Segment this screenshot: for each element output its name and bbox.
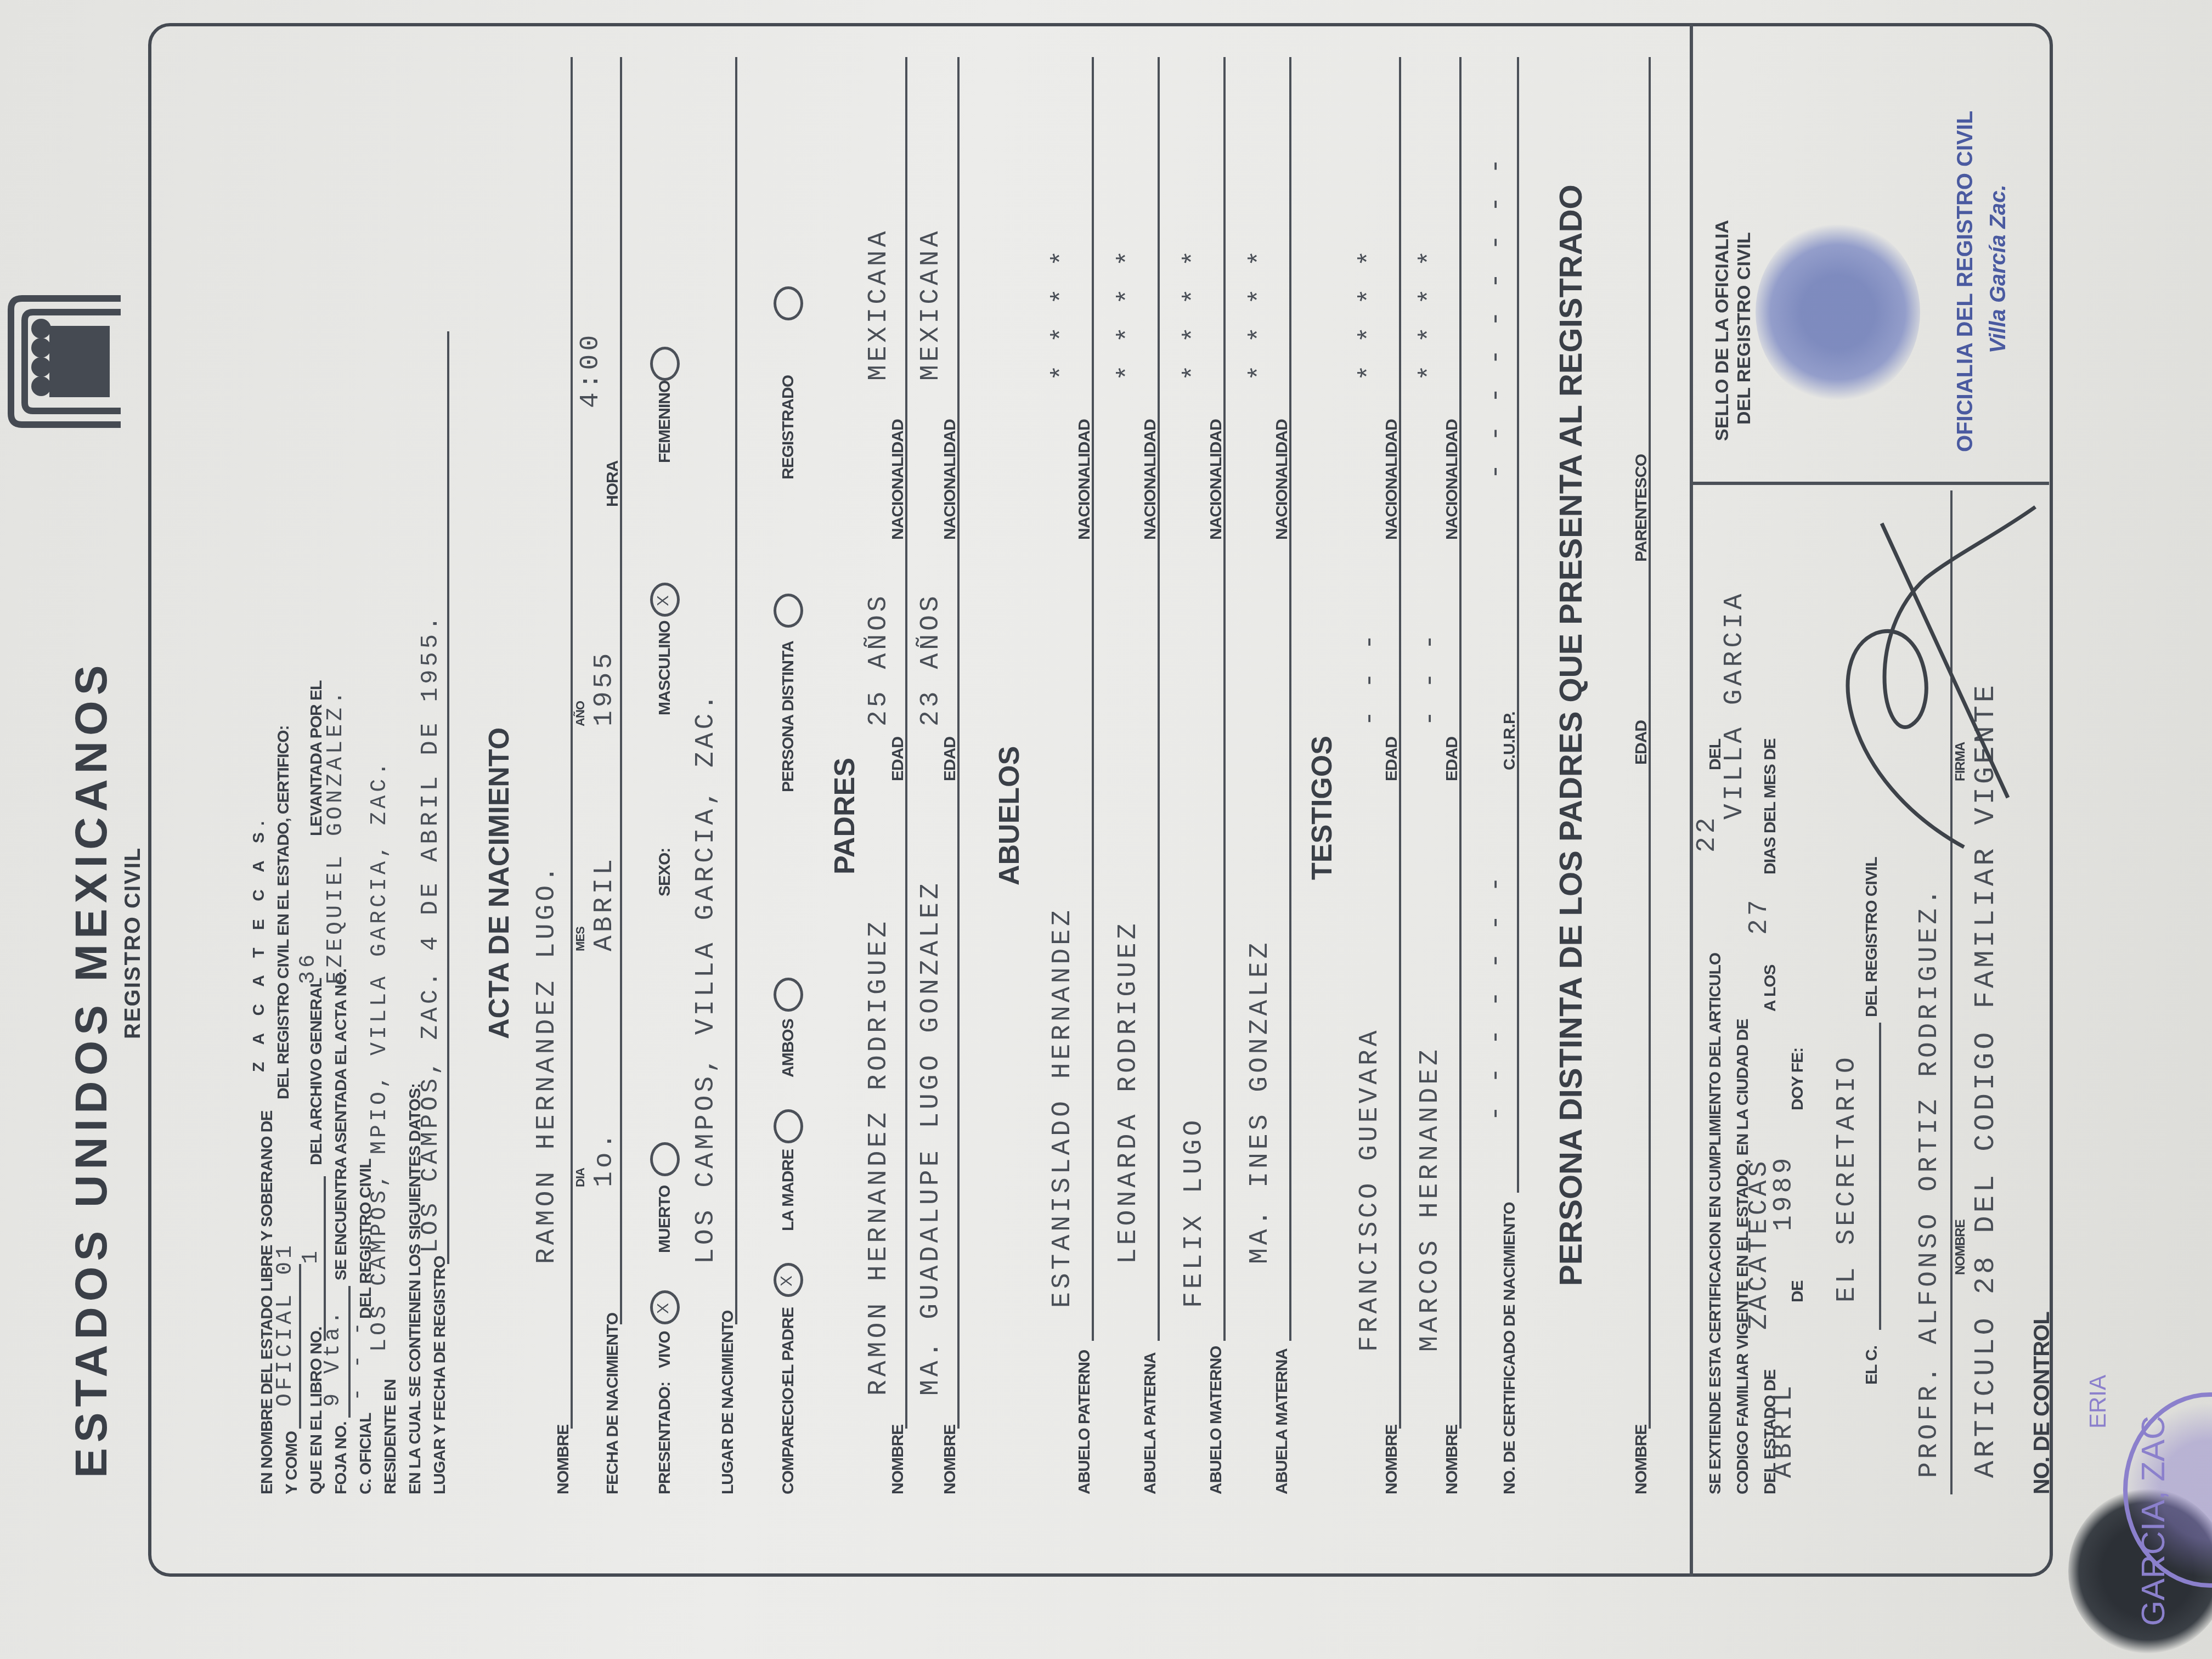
purple-stamp-fragment: ERIA <box>2085 1375 2111 1429</box>
masculino-checkbox <box>650 583 680 617</box>
testigo-nombre: MARCOS HERNANDEZ <box>1415 1046 1445 1352</box>
testigo-nacionalidad: * * * * <box>1415 247 1445 381</box>
abuelo-nac-label: NACIONALIDAD <box>1207 419 1226 540</box>
abuelo-line <box>1158 57 1160 1341</box>
el-padre-label: EL PADRE <box>779 1307 798 1385</box>
testigo-nombre-label: NOMBRE <box>1383 1425 1401 1494</box>
libro-value: 1 <box>299 1248 324 1264</box>
cert-articulo: 22 <box>1692 814 1722 853</box>
levantada-label: LEVANTADA POR EL <box>307 681 326 836</box>
abuelo-line <box>1223 57 1226 1341</box>
muerto-label: MUERTO <box>656 1186 674 1253</box>
padre-nombre: RAMON HERNANDEZ RODRIGUEZ <box>864 918 894 1396</box>
archivo-label: DEL ARCHIVO GENERAL <box>307 978 326 1165</box>
archivo-value: 36 <box>296 951 321 984</box>
dia-label: DIA <box>573 1168 588 1187</box>
agency-title: REGISTRO CIVIL <box>121 847 145 1039</box>
cert-ciudad: VILLA GARCIA <box>1720 590 1750 820</box>
padre-nombre-label: NOMBRE <box>889 1425 907 1494</box>
femenino-label: FEMENINO <box>656 381 674 463</box>
testigo-nacionalidad: * * * * <box>1355 247 1385 381</box>
abuelo-nac-label: NACIONALIDAD <box>1075 419 1094 540</box>
registrado-label: REGISTRADO <box>779 375 798 479</box>
testigo-nac-label: NACIONALIDAD <box>1383 419 1401 540</box>
padre-nombre-label: NOMBRE <box>941 1425 960 1494</box>
residente-value: LOS CAMPOS, MPIO, VILLA GARCIA, ZAC. <box>368 759 392 1352</box>
control-label: No. DE CONTROL <box>2030 1312 2055 1494</box>
abuelo-nacionalidad: * * * * <box>1245 247 1275 381</box>
la-madre-checkbox <box>774 1109 803 1143</box>
padre-edad: 23 AÑOS <box>916 592 946 726</box>
padre-nac-label: NACIONALIDAD <box>941 419 960 540</box>
c-oficial-label: C. OFICIAL <box>357 1413 375 1494</box>
abuelo-nombre: MA. INES GONZALEZ <box>1245 939 1275 1264</box>
purple-stamp-text: GARCIA, ZAC. <box>2134 1407 2172 1626</box>
sello-stamp-line1: OFICIALIA DEL REGISTRO CIVIL <box>1953 111 1978 452</box>
curp-value: - - - - - - - - - <box>1481 155 1511 479</box>
masculino-label: MASCULINO <box>656 620 674 715</box>
lugar-value: LOS CAMPOS, VILLA GARCIA, ZAC. <box>691 691 721 1264</box>
la-madre-label: LA MADRE <box>779 1149 798 1231</box>
mes-value: ABRIL <box>590 856 619 951</box>
registrado-nombre: RAMON HERNANDEZ LUGO. <box>532 863 562 1264</box>
cert-a-los-label: A LOS <box>1761 964 1780 1012</box>
abuelo-label: ABUELA PATERNA <box>1141 1352 1160 1494</box>
testigos-title: TESTIGOS <box>1306 736 1339 880</box>
c-oficial-name: EZEQUIEL GONZALEZ. <box>324 688 348 984</box>
country-title: ESTADOS UNIDOS MEXICANOS <box>66 660 117 1478</box>
nombre-caption: NOMBRE <box>1953 1220 1968 1275</box>
persona-nombre-label: NOMBRE <box>1632 1425 1651 1494</box>
sello-stamp-line2: Villa García Zac. <box>1986 184 2011 353</box>
nombre-label: NOMBRE <box>554 1425 573 1494</box>
padre-nac-label: NACIONALIDAD <box>889 419 907 540</box>
oficial-value: OFICIAL 01 <box>273 1242 298 1407</box>
acta-label: SE ENCUENTRA ASENTADA EL ACTA No. <box>332 969 351 1280</box>
del-registro-label: DEL REGISTRO CIVIL <box>1863 857 1881 1017</box>
presentado-label: PRESENTADO: <box>656 1382 674 1494</box>
persona-parentesco-label: PARENTESCO <box>1632 454 1651 562</box>
ano-value: 1955 <box>590 650 619 726</box>
abuelo-label: ABUELA MATERNA <box>1273 1348 1291 1494</box>
certificado-value: - - - - - - - <box>1481 873 1511 1121</box>
femenino-checkbox <box>650 347 680 381</box>
registry-seal-stamp <box>1756 222 1920 403</box>
el-c-label: EL C. <box>1863 1346 1881 1385</box>
state-name: Z A C A T E C A S. <box>250 815 268 1072</box>
cert-doy-fe: DOY FE: <box>1788 1048 1807 1110</box>
ano-label: AÑO <box>573 701 588 726</box>
abuelo-nombre: FELIX LUGO <box>1180 1117 1209 1308</box>
signature <box>1799 479 2052 864</box>
secretario-cargo: EL SECRETARIO <box>1832 1054 1862 1302</box>
ambos-label: AMBOS <box>779 1019 798 1077</box>
abuelo-label: ABUELO PATERNO <box>1075 1350 1094 1494</box>
persona-distinta-title: PERSONA DISTINTA DE LOS PADRES QUE PRESE… <box>1553 184 1589 1286</box>
cert-line1: SE EXTIENDE ESTA CERTIFICACION EN CUMPLI… <box>1706 953 1725 1494</box>
abuelo-nac-label: NACIONALIDAD <box>1273 419 1291 540</box>
abuelo-nacionalidad: * * * * <box>1048 247 1077 381</box>
padres-title: PADRES <box>828 758 861 874</box>
cert-mes: ABRIL <box>1769 1383 1799 1478</box>
abuelo-line <box>1092 57 1094 1341</box>
sello-label-1: SELLO DE LA OFICIALIA <box>1712 220 1733 441</box>
foja-value: 9 Vta. <box>321 1308 346 1407</box>
abuelo-nac-label: NACIONALIDAD <box>1141 419 1160 540</box>
cert-ano: 1989 <box>1769 1155 1799 1231</box>
abuelo-nombre: ESTANISLADO HERNANDEZ <box>1048 907 1077 1308</box>
y-como-label: Y COMO <box>283 1431 301 1494</box>
persona-edad-label: EDAD <box>1632 720 1651 765</box>
curp-label: C.U.R.P. <box>1500 712 1519 770</box>
padre-nombre: MA. GUADALUPE LUGO GONZALEZ <box>916 880 946 1396</box>
abuelos-title: ABUELOS <box>993 746 1026 885</box>
acta-title: ACTA DE NACIMIENTO <box>483 727 516 1039</box>
abuelo-nacionalidad: * * * * <box>1114 247 1143 381</box>
padre-edad-label: EDAD <box>941 737 960 781</box>
cert-dias: 27 <box>1745 896 1774 935</box>
cert-dias-mes-label: DIAS DEL MES DE <box>1761 738 1780 874</box>
hora-value: 4:00 <box>576 332 606 408</box>
registrado-checkbox <box>774 286 803 320</box>
testigo-nombre: FRANCISCO GUEVARA <box>1355 1027 1385 1352</box>
sello-label-2: DEL REGISTRO CIVIL <box>1734 232 1755 425</box>
oficial-suffix: DEL REGISTRO CIVIL EN EL ESTADO, CERTIFI… <box>274 725 293 1099</box>
testigo-edad: - - - <box>1355 631 1385 726</box>
abuelo-nombre: LEONARDA RODRIGUEZ <box>1114 921 1143 1264</box>
abuelo-label: ABUELO MATERNO <box>1207 1346 1226 1494</box>
abuelo-nacionalidad: * * * * <box>1180 247 1209 381</box>
persona-distinta-label: PERSONA DISTINTA <box>779 641 798 792</box>
testigo-nac-label: NACIONALIDAD <box>1443 419 1462 540</box>
sexo-label: SEXO: <box>656 848 674 896</box>
secretario-nombre: PROFR. ALFONSO ORTIZ RODRIGUEZ. <box>1915 886 1944 1478</box>
abuelo-line <box>1289 57 1291 1341</box>
c-oficial-value: - - - <box>346 1319 370 1401</box>
certificado-label: No. DE CERTIFICADO DE NACIMIENTO <box>1500 1203 1519 1494</box>
cert-de-label: DE <box>1788 1280 1807 1302</box>
mes-label: MES <box>573 927 588 951</box>
testigo-edad-label: EDAD <box>1383 737 1401 781</box>
lugar-fecha-label: LUGAR Y FECHA DE REGISTRO <box>431 1256 449 1495</box>
residente-label: RESIDENTE EN <box>381 1379 400 1494</box>
padre-edad: 25 AÑOS <box>864 592 894 726</box>
hora-label: HORA <box>603 461 622 507</box>
vivo-checkbox <box>650 1290 680 1324</box>
padre-nacionalidad: MEXICANA <box>916 228 946 381</box>
testigo-edad-label: EDAD <box>1443 737 1462 781</box>
foja-label: FOJA No. <box>332 1421 351 1494</box>
vivo-label: VIVO <box>656 1331 674 1368</box>
lugar-label: LUGAR DE NACIMIENTO <box>719 1311 737 1494</box>
zacatecas-registry-logo-icon <box>0 287 126 436</box>
comparecio-label: COMPARECIO: <box>779 1383 798 1494</box>
el-padre-checkbox <box>774 1263 803 1297</box>
fecha-label: FECHA DE NACIMIENTO <box>603 1313 622 1494</box>
lugar-fecha-value: LOS CAMPOS, ZAC. 4 DE ABRIL DE 1955. <box>417 613 444 1253</box>
dia-value: 1o. <box>590 1130 619 1187</box>
birth-certificate: ESTADOS UNIDOS MEXICANOS REGISTRO CIVIL … <box>0 0 2212 1659</box>
padre-edad-label: EDAD <box>889 737 907 781</box>
testigo-edad: - - - <box>1415 631 1445 726</box>
testigo-nombre-label: NOMBRE <box>1443 1425 1462 1494</box>
ambos-checkbox <box>774 978 803 1012</box>
persona-distinta-checkbox <box>774 594 803 628</box>
padre-nacionalidad: MEXICANA <box>864 228 894 381</box>
muerto-checkbox <box>650 1142 680 1176</box>
